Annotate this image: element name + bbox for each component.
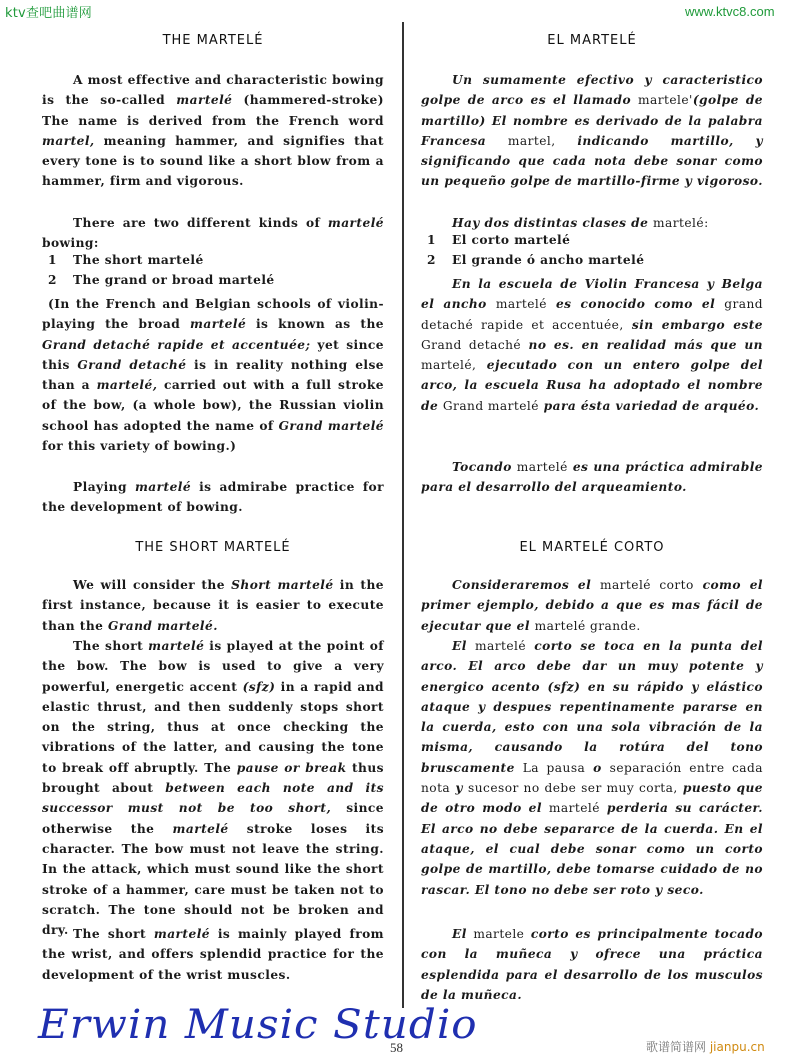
heading-el-martele-corto: EL MARTELÉ CORTO: [421, 540, 763, 555]
heading-the-martele: THE MARTELÉ: [42, 33, 384, 48]
paragraph: El martelé corto se toca en la punta del…: [421, 636, 763, 900]
paragraph: El martele corto es principalmente tocad…: [421, 924, 763, 1005]
list-item: 2The grand or broad martelé: [48, 273, 275, 287]
column-divider: [402, 22, 404, 1008]
list-item: 1The short martelé: [48, 253, 204, 267]
paragraph: A most effective and characteristic bowi…: [42, 70, 384, 192]
paragraph: Tocando martelé es una práctica admirabl…: [421, 457, 763, 498]
heading-the-short-martele: THE SHORT MARTELÉ: [42, 540, 384, 555]
paragraph: There are two different kinds of martelé…: [42, 213, 384, 254]
page-number: 58: [390, 1040, 403, 1056]
watermark-bottom-right: 歌谱简谱网 jianpu.cn: [646, 1038, 765, 1055]
paragraph: Playing martelé is admirabe practice for…: [42, 477, 384, 518]
list-item: 2El grande ó ancho martelé: [427, 253, 644, 267]
paragraph: Un sumamente efectivo y caracteristico g…: [421, 70, 763, 192]
paragraph: We will consider the Short martelé in th…: [42, 575, 384, 636]
watermark-bottom-right-cn: 歌谱简谱网: [646, 1040, 706, 1054]
heading-el-martele: EL MARTELÉ: [421, 33, 763, 48]
paragraph: En la escuela de Violin Francesa y Belga…: [421, 274, 763, 416]
paragraph: Hay dos distintas clases de martelé:: [421, 213, 763, 233]
list-item: 1El corto martelé: [427, 233, 570, 247]
watermark-bottom-right-en: jianpu.cn: [710, 1040, 765, 1054]
watermark-top-left: ktv查吧曲谱网: [5, 2, 92, 21]
list-number: 1: [48, 253, 73, 267]
signature-logo: Erwin Music Studio: [38, 1002, 478, 1048]
list-number: 2: [48, 273, 73, 287]
paragraph: The short martelé is played at the point…: [42, 636, 384, 940]
watermark-top-right: www.ktvc8.com: [685, 4, 775, 19]
paragraph: (In the French and Belgian schools of vi…: [42, 294, 384, 456]
paragraph: Consideraremos el martelé corto como el …: [421, 575, 763, 636]
list-number: 2: [427, 253, 452, 267]
list-number: 1: [427, 233, 452, 247]
paragraph: The short martelé is mainly played from …: [42, 924, 384, 985]
